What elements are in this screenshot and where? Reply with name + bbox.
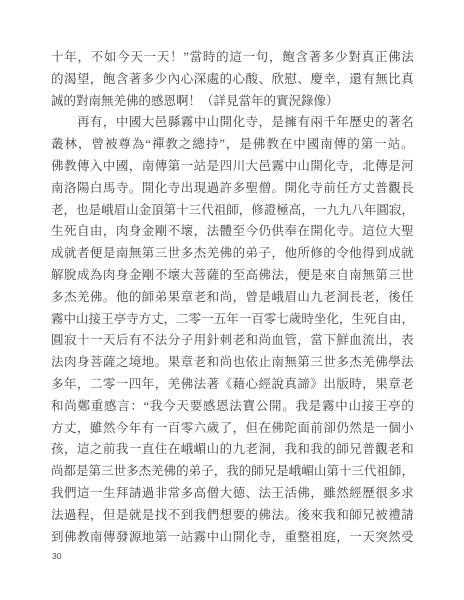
text-line: 老，也是峨眉山金頂第十三代祖師，修證極高，一九九八年圓寂，	[51, 200, 414, 222]
text-line: 孩，這之前我一直住在峨嵋山的九老洞，我和我的師兄普觀老和	[51, 439, 414, 461]
text-line: 霧中山接王亭寺方丈，二零一五年一百零七歲時坐化，生死自由，	[51, 309, 414, 331]
text-line: 多年，二零一四年，羌佛法著《藉心經說真諦》出版時，果章老	[51, 374, 414, 396]
text-line: 生死自由，肉身金剛不壞，法體至今仍供奉在開化寺。這位大聖	[51, 221, 414, 243]
text-line: 再有，中國大邑縣霧中山開化寺，是擁有兩千年歷史的著名	[51, 112, 414, 134]
text-line: 誠的對南無羌佛的感恩啊！（詳見當年的實況錄像）	[51, 91, 414, 113]
text-line: 的渴望，飽含著多少內心深處的心酸、欣慰、慶幸，還有無比真	[51, 69, 414, 91]
text-line: 法肉身菩薩之境地。果章老和尚也依止南無第三世多杰羌佛學法	[51, 352, 414, 374]
text-line: 我們這一生拜請過非常多高僧大德、法王活佛，雖然經歷很多求	[51, 483, 414, 505]
text-line: 成就者便是南無第三世多杰羌佛的弟子，他所修的令他得到成就	[51, 243, 414, 265]
text-line: 叢林，曾被尊為“禪教之總持”，是佛教在中國南傳的第一站。	[51, 134, 414, 156]
page-number: 30	[52, 550, 61, 562]
text-line: 到佛教南傳發源地第一站霧中山開化寺，重整祖庭，一天突然受	[51, 527, 414, 549]
text-line: 圓寂十一天后有不法分子用針刺老和尚血管，當下鮮血流出，表	[51, 330, 414, 352]
text-line: 法過程，但是就是找不到我們想要的佛法。後來我和師兄被禮請	[51, 505, 414, 527]
text-line: 佛教傳入中國，南傳第一站是四川大邑霧中山開化寺，北傳是河	[51, 156, 414, 178]
text-line: 南洛陽白馬寺。開化寺出現過許多聖僧。開化寺前任方丈普觀長	[51, 178, 414, 200]
text-line: 多杰羌佛。他的師弟果章老和尚，曾是峨眉山九老洞長老，後任	[51, 287, 414, 309]
text-line: 十年，不如今天一天！”當時的這一句，飽含著多少對真正佛法	[51, 47, 414, 69]
text-line: 尚都是第三世多杰羌佛的弟子，我的師兄是峨嵋山第十三代祖師，	[51, 461, 414, 483]
document-page: 十年，不如今天一天！”當時的這一句，飽含著多少對真正佛法的渴望，飽含著多少內心深…	[0, 0, 464, 600]
text-line: 和尚鄭重感言：“我今天要感恩法寶公開。我是霧中山接王亭的	[51, 396, 414, 418]
text-line: 解脫成為肉身金剛不壞大菩薩的至高佛法，便是來自南無第三世	[51, 265, 414, 287]
text-block: 十年，不如今天一天！”當時的這一句，飽含著多少對真正佛法的渴望，飽含著多少內心深…	[51, 47, 414, 548]
text-line: 方丈，雖然今年有一百零六歲了，但在佛陀面前卻仍然是一個小	[51, 418, 414, 440]
